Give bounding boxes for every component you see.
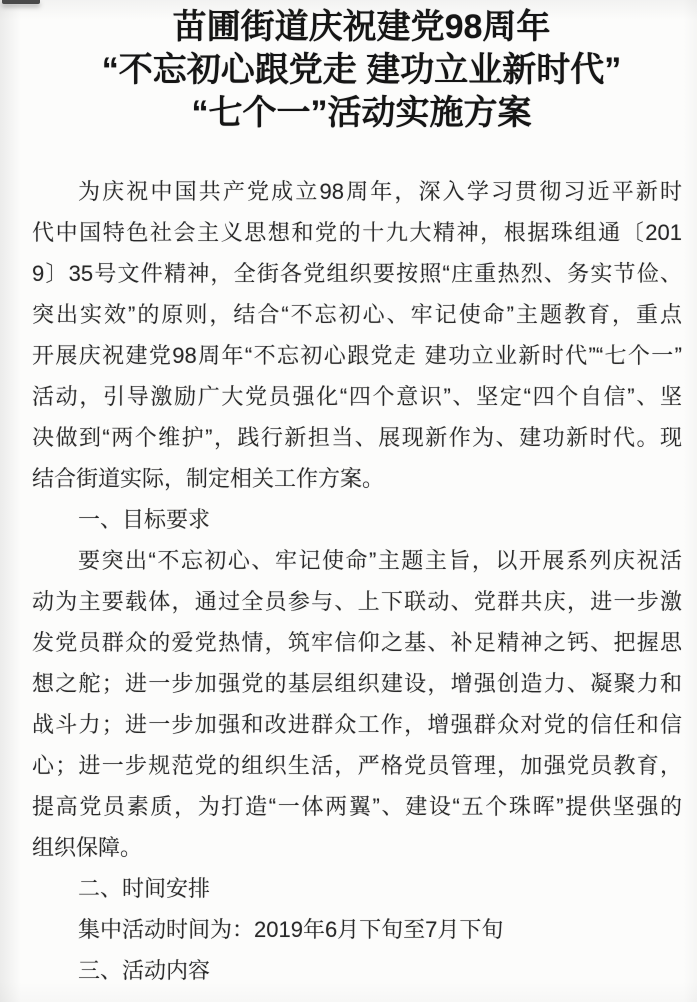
section-heading: 一、目标要求 (32, 499, 682, 540)
paragraph-line: 提高党员素质，为打造“一体两翼”、建设“五个珠晖”提供坚强的 (32, 786, 682, 827)
paragraph-line: 要突出“不忘初心、牢记使命”主题主旨，以开展系列庆祝活 (32, 540, 682, 581)
paragraph-line: 9〕35号文件精神，全街各党组织要按照“庄重热烈、务实节俭、 (32, 253, 682, 294)
paragraph-line: 决做到“两个维护”，践行新担当、展现新作为、建功新时代。现 (32, 417, 682, 458)
title-line: “不忘初心跟党走 建功立业新时代” (26, 49, 697, 92)
paragraph-line: 活动，引导激励广大党员强化“四个意识”、坚定“四个自信”、坚 (32, 376, 682, 417)
document-title: 苗圃街道庆祝建党98周年 “不忘初心跟党走 建功立业新时代” “七个一”活动实施… (0, 6, 697, 135)
title-line: “七个一”活动实施方案 (26, 92, 697, 135)
section-heading: 二、时间安排 (32, 868, 682, 909)
paragraph-line: 代中国特色社会主义思想和党的十九大精神，根据珠组通〔201 (32, 212, 682, 253)
paragraph-line: 战斗力；进一步加强和改进群众工作，增强群众对党的信任和信 (32, 704, 682, 745)
paragraph-line: 发党员群众的爱党热情，筑牢信仰之基、补足精神之钙、把握思 (32, 622, 682, 663)
paragraph-line: 结合街道实际，制定相关工作方案。 (32, 458, 682, 499)
paragraph-line: 动为主要载体，通过全员参与、上下联动、党群共庆，进一步激 (32, 581, 682, 622)
scan-artifact (2, 0, 40, 4)
paragraph-line: 开展庆祝建党98周年“不忘初心跟党走 建功立业新时代”“七个一” (32, 335, 682, 376)
paragraph-line: 为庆祝中国共产党成立98周年，深入学习贯彻习近平新时 (32, 171, 682, 212)
title-line: 苗圃街道庆祝建党98周年 (26, 6, 697, 49)
paragraph-line: 突出实效”的原则，结合“不忘初心、牢记使命”主题教育，重点 (32, 294, 682, 335)
paragraph-line: 组织保障。 (32, 827, 682, 868)
paragraph-line: 心；进一步规范党的组织生活，严格党员管理，加强党员教育， (32, 745, 682, 786)
paragraph-line: 集中活动时间为：2019年6月下旬至7月下旬 (32, 909, 682, 950)
document-body: 为庆祝中国共产党成立98周年，深入学习贯彻习近平新时 代中国特色社会主义思想和党… (32, 171, 682, 991)
section-heading: 三、活动内容 (32, 950, 682, 991)
document-page: 苗圃街道庆祝建党98周年 “不忘初心跟党走 建功立业新时代” “七个一”活动实施… (0, 0, 697, 1002)
paragraph-line: 想之舵；进一步加强党的基层组织建设，增强创造力、凝聚力和 (32, 663, 682, 704)
